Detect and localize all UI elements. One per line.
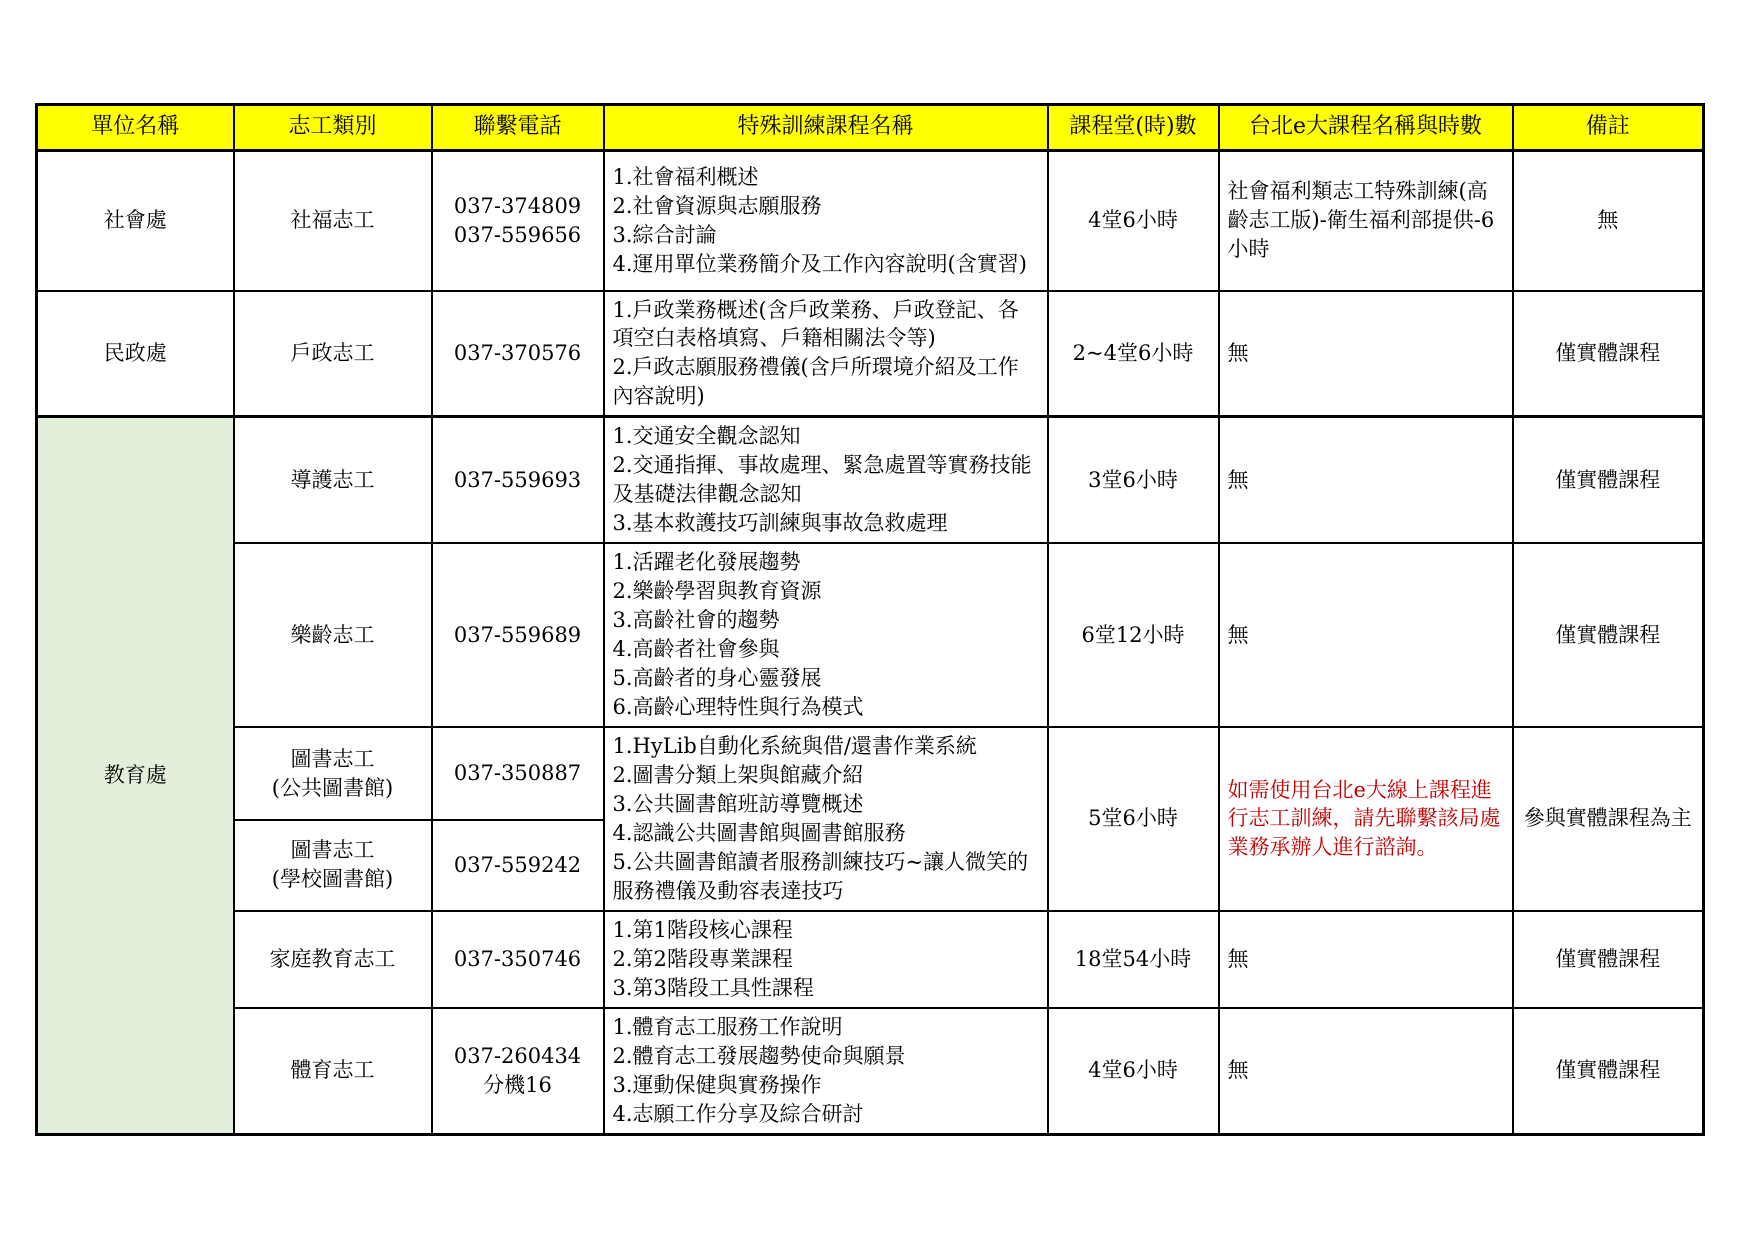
category-cell: 樂齡志工 (234, 543, 432, 727)
phone-cell: 037-374809 037-559656 (432, 151, 604, 291)
note-cell: 無 (1513, 151, 1704, 291)
elearning-cell: 無 (1219, 291, 1513, 417)
phone-cell: 037-559242 (432, 820, 604, 911)
note-cell: 僅實體課程 (1513, 1008, 1704, 1134)
header-sessions: 課程堂(時)數 (1048, 105, 1219, 151)
header-elearning: 台北e大課程名稱與時數 (1219, 105, 1513, 151)
volunteer-training-table: 單位名稱 志工類別 聯繫電話 特殊訓練課程名稱 課程堂(時)數 台北e大課程名稱… (35, 103, 1705, 1136)
table-row-family: 家庭教育志工 037-350746 1.第1階段核心課程 2.第2階段專業課程 … (37, 911, 1704, 1008)
category-cell: 導護志工 (234, 417, 432, 543)
courses-cell: 1.HyLib自動化系統與借/還書作業系統 2.圖書分類上架與館藏介紹 3.公共… (604, 727, 1048, 911)
table-row-social: 社會處 社福志工 037-374809 037-559656 1.社會福利概述 … (37, 151, 1704, 291)
sessions-cell: 18堂54小時 (1048, 911, 1219, 1008)
category-cell: 圖書志工 (學校圖書館) (234, 820, 432, 911)
category-cell: 社福志工 (234, 151, 432, 291)
header-note: 備註 (1513, 105, 1704, 151)
category-cell: 體育志工 (234, 1008, 432, 1134)
header-courses: 特殊訓練課程名稱 (604, 105, 1048, 151)
table-row-civil: 民政處 戶政志工 037-370576 1.戶政業務概述(含戶政業務、戶政登記、… (37, 291, 1704, 417)
phone-cell: 037-260434 分機16 (432, 1008, 604, 1134)
phone-cell: 037-370576 (432, 291, 604, 417)
table-row-senior: 樂齡志工 037-559689 1.活躍老化發展趨勢 2.樂齡學習與教育資源 3… (37, 543, 1704, 727)
sessions-cell: 3堂6小時 (1048, 417, 1219, 543)
elearning-cell: 無 (1219, 417, 1513, 543)
note-cell: 僅實體課程 (1513, 543, 1704, 727)
category-cell: 家庭教育志工 (234, 911, 432, 1008)
sessions-cell: 6堂12小時 (1048, 543, 1219, 727)
courses-cell: 1.交通安全觀念認知 2.交通指揮、事故處理、緊急處置等實務技能及基礎法律觀念認… (604, 417, 1048, 543)
courses-cell: 1.戶政業務概述(含戶政業務、戶政登記、各項空白表格填寫、戶籍相關法令等) 2.… (604, 291, 1048, 417)
table-header-row: 單位名稱 志工類別 聯繫電話 特殊訓練課程名稱 課程堂(時)數 台北e大課程名稱… (37, 105, 1704, 151)
sessions-cell: 2~4堂6小時 (1048, 291, 1219, 417)
phone-cell: 037-559689 (432, 543, 604, 727)
unit-cell-education: 教育處 (37, 417, 234, 1134)
category-cell: 圖書志工 (公共圖書館) (234, 727, 432, 820)
table-row-library-public: 圖書志工 (公共圖書館) 037-350887 1.HyLib自動化系統與借/還… (37, 727, 1704, 820)
unit-cell: 社會處 (37, 151, 234, 291)
unit-cell: 民政處 (37, 291, 234, 417)
elearning-cell: 無 (1219, 1008, 1513, 1134)
note-cell: 僅實體課程 (1513, 417, 1704, 543)
courses-cell: 1.第1階段核心課程 2.第2階段專業課程 3.第3階段工具性課程 (604, 911, 1048, 1008)
category-cell: 戶政志工 (234, 291, 432, 417)
phone-cell: 037-559693 (432, 417, 604, 543)
table-row-traffic: 教育處 導護志工 037-559693 1.交通安全觀念認知 2.交通指揮、事故… (37, 417, 1704, 543)
note-cell: 僅實體課程 (1513, 911, 1704, 1008)
phone-cell: 037-350746 (432, 911, 604, 1008)
elearning-cell: 無 (1219, 543, 1513, 727)
courses-cell: 1.社會福利概述 2.社會資源與志願服務 3.綜合討論 4.運用單位業務簡介及工… (604, 151, 1048, 291)
phone-cell: 037-350887 (432, 727, 604, 820)
note-cell: 參與實體課程為主 (1513, 727, 1704, 911)
header-unit: 單位名稱 (37, 105, 234, 151)
sessions-cell: 4堂6小時 (1048, 1008, 1219, 1134)
sessions-cell: 5堂6小時 (1048, 727, 1219, 911)
elearning-alert-cell: 如需使用台北e大線上課程進行志工訓練，請先聯繫該局處業務承辦人進行諮詢。 (1219, 727, 1513, 911)
elearning-cell: 社會福利類志工特殊訓練(高齡志工版)-衛生福利部提供-6小時 (1219, 151, 1513, 291)
courses-cell: 1.活躍老化發展趨勢 2.樂齡學習與教育資源 3.高齡社會的趨勢 4.高齡者社會… (604, 543, 1048, 727)
table-row-sports: 體育志工 037-260434 分機16 1.體育志工服務工作說明 2.體育志工… (37, 1008, 1704, 1134)
sessions-cell: 4堂6小時 (1048, 151, 1219, 291)
header-phone: 聯繫電話 (432, 105, 604, 151)
elearning-cell: 無 (1219, 911, 1513, 1008)
header-category: 志工類別 (234, 105, 432, 151)
note-cell: 僅實體課程 (1513, 291, 1704, 417)
courses-cell: 1.體育志工服務工作說明 2.體育志工發展趨勢使命與願景 3.運動保健與實務操作… (604, 1008, 1048, 1134)
